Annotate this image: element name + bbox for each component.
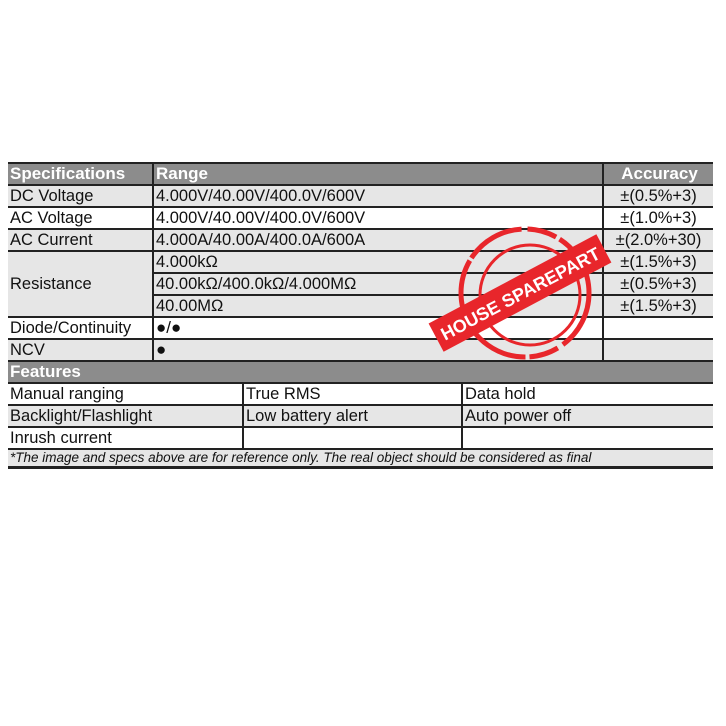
feature-cell (243, 427, 462, 449)
spec-name: DC Voltage (8, 185, 153, 207)
header-accuracy: Accuracy (603, 163, 713, 185)
table-row: AC Current 4.000A/40.00A/400.0A/600A ±(2… (8, 229, 713, 251)
footnote: *The image and specs above are for refer… (8, 449, 713, 468)
spec-range: 40.00kΩ/400.0kΩ/4.000MΩ (153, 273, 603, 295)
spec-range-dot-icon: ● (153, 339, 603, 361)
features-header-row: Features (8, 362, 713, 383)
footnote-row: *The image and specs above are for refer… (8, 449, 713, 468)
spec-name: Diode/Continuity (8, 317, 153, 339)
header-range: Range (153, 163, 603, 185)
spec-range: 4.000A/40.00A/400.0A/600A (153, 229, 603, 251)
spec-accuracy: ±(0.5%+3) (603, 273, 713, 295)
spec-accuracy (603, 317, 713, 339)
feature-cell: Data hold (462, 383, 713, 405)
spec-accuracy (603, 339, 713, 361)
table-row: Diode/Continuity ●/● (8, 317, 713, 339)
spec-range-dot-icons: ●/● (153, 317, 603, 339)
features-table: Features Manual ranging True RMS Data ho… (8, 362, 713, 469)
table-row: NCV ● (8, 339, 713, 361)
spec-name: AC Voltage (8, 207, 153, 229)
spec-sheet: Specifications Range Accuracy DC Voltage… (8, 162, 713, 469)
spec-accuracy: ±(0.5%+3) (603, 185, 713, 207)
feature-cell: Backlight/Flashlight (8, 405, 243, 427)
feature-cell (462, 427, 713, 449)
table-row: Backlight/Flashlight Low battery alert A… (8, 405, 713, 427)
spec-name: NCV (8, 339, 153, 361)
feature-cell: Low battery alert (243, 405, 462, 427)
features-header: Features (8, 362, 713, 383)
spec-name-resistance: Resistance (8, 251, 153, 317)
spec-name: AC Current (8, 229, 153, 251)
table-row: Manual ranging True RMS Data hold (8, 383, 713, 405)
feature-cell: Auto power off (462, 405, 713, 427)
header-specifications: Specifications (8, 163, 153, 185)
spec-accuracy: ±(1.5%+3) (603, 251, 713, 273)
spec-range: 4.000V/40.00V/400.0V/600V (153, 185, 603, 207)
table-row: Inrush current (8, 427, 713, 449)
spec-header-row: Specifications Range Accuracy (8, 163, 713, 185)
spec-accuracy: ±(1.0%+3) (603, 207, 713, 229)
spec-range: 40.00MΩ (153, 295, 603, 317)
spec-range: 4.000kΩ (153, 251, 603, 273)
feature-cell: True RMS (243, 383, 462, 405)
feature-cell: Manual ranging (8, 383, 243, 405)
table-row: Resistance 4.000kΩ ±(1.5%+3) (8, 251, 713, 273)
table-row: DC Voltage 4.000V/40.00V/400.0V/600V ±(0… (8, 185, 713, 207)
spec-range: 4.000V/40.00V/400.0V/600V (153, 207, 603, 229)
feature-cell: Inrush current (8, 427, 243, 449)
spec-accuracy: ±(1.5%+3) (603, 295, 713, 317)
specifications-table: Specifications Range Accuracy DC Voltage… (8, 162, 713, 362)
table-row: AC Voltage 4.000V/40.00V/400.0V/600V ±(1… (8, 207, 713, 229)
spec-accuracy: ±(2.0%+30) (603, 229, 713, 251)
